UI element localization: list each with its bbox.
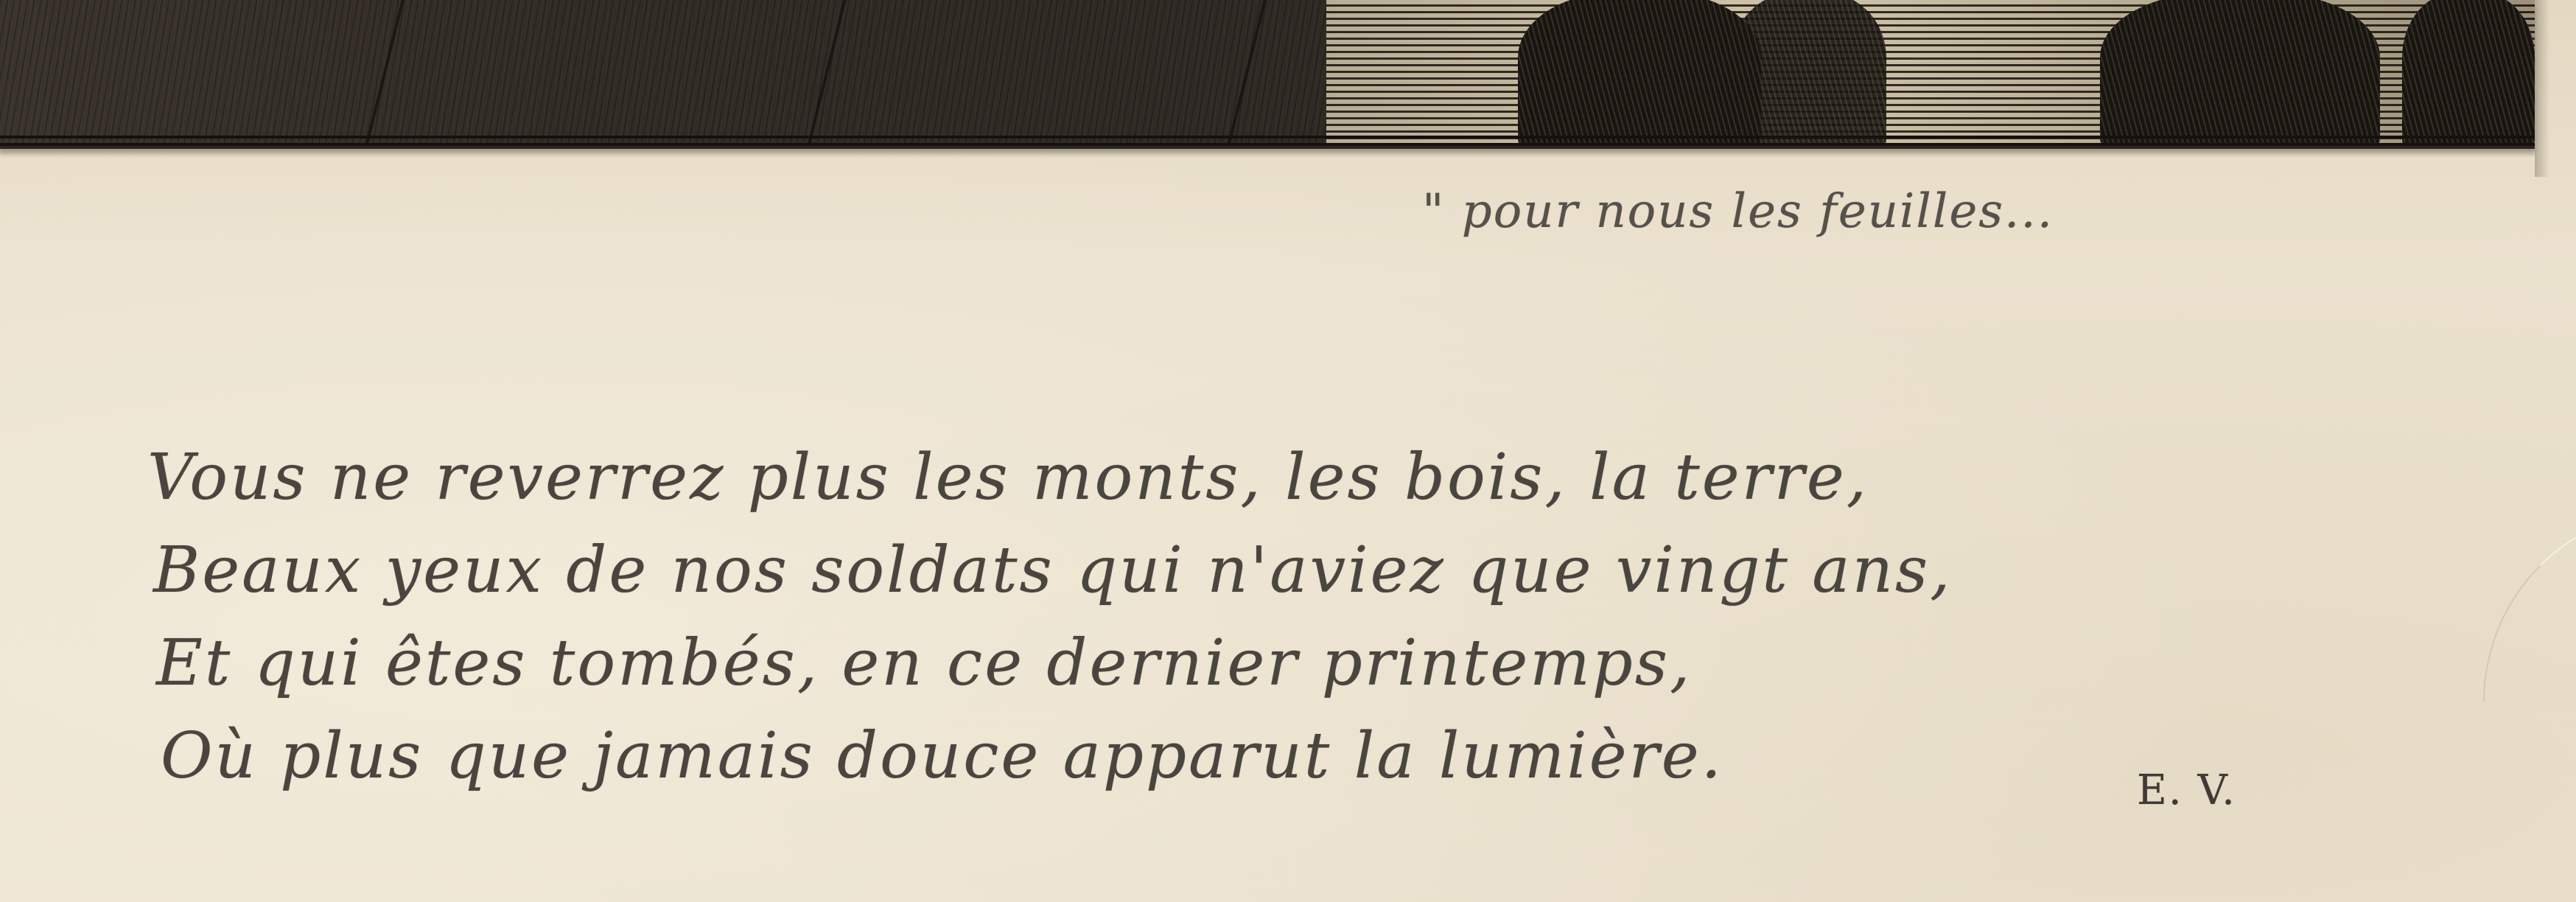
- plate-left-dark-wall: [0, 0, 1474, 146]
- print-sheet: " pour nous les feuilles... Vous ne reve…: [0, 0, 2576, 902]
- handwritten-poem: Vous ne reverrez plus les monts, les boi…: [147, 431, 1946, 803]
- plate-mark-edge: [2535, 0, 2549, 177]
- poem-line: Beaux yeux de nos soldats qui n'aviez qu…: [153, 524, 1952, 617]
- etched-plate-image: [0, 0, 2535, 146]
- plate-drapery: [2402, 0, 2535, 146]
- handwritten-caption: " pour nous les feuilles...: [1422, 184, 2054, 239]
- signature-initials: E. V.: [2137, 766, 2236, 814]
- poem-line: Et qui êtes tombés, en ce dernier printe…: [156, 617, 1955, 710]
- plate-drapery: [1732, 0, 1886, 146]
- paper-crease: [2483, 508, 2576, 702]
- plate-drapery: [1518, 0, 1761, 146]
- poem-line: Où plus que jamais douce apparut la lumi…: [161, 710, 1959, 803]
- plate-rule-inner: [0, 136, 2535, 139]
- plate-mark-shadow: [0, 146, 2535, 158]
- plate-drapery: [2100, 0, 2380, 146]
- poem-line: Vous ne reverrez plus les monts, les boi…: [147, 431, 1946, 524]
